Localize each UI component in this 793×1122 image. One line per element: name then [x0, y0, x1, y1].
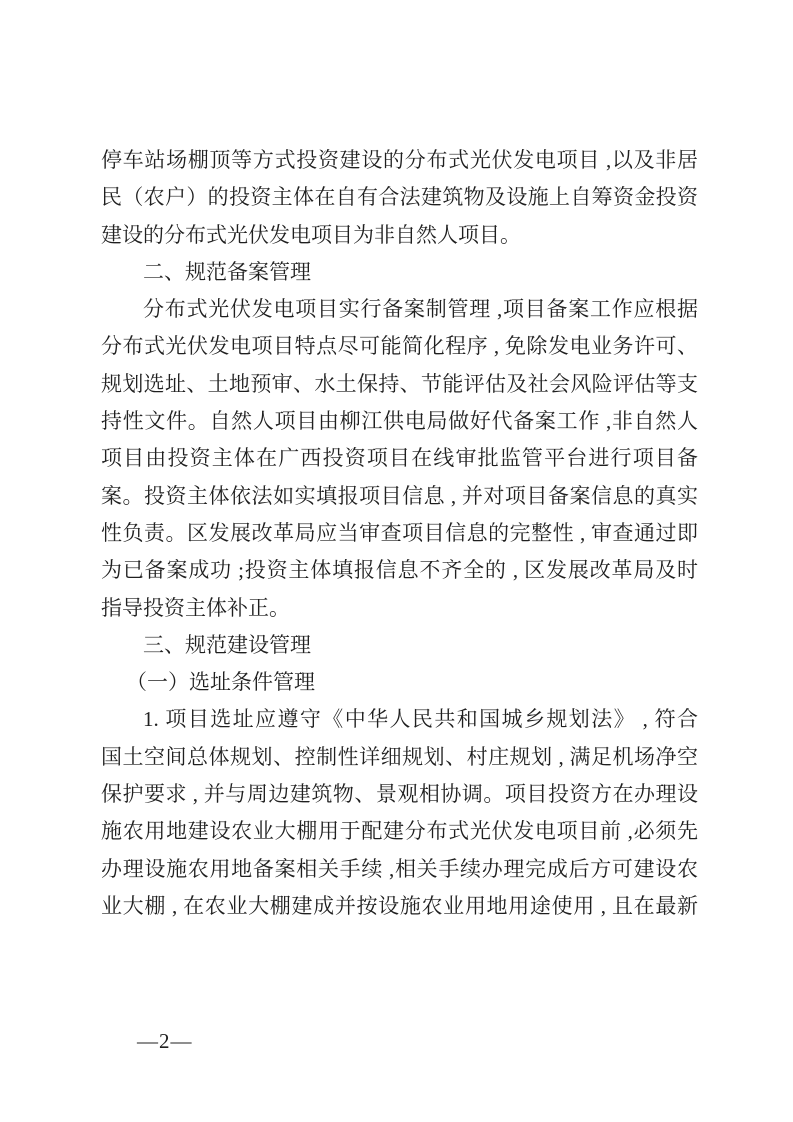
text-line: 1. 项目选址应遵守《中华人民共和国城乡规划法》 , 符合: [101, 701, 698, 738]
text-line: 国土空间总体规划、控制性详细规划、村庄规划 , 满足机场净空: [101, 739, 698, 776]
page-number: —2—: [137, 1029, 193, 1053]
text-line: 办理设施农用地备案相关手续 ,相关手续办理完成后方可建设农: [101, 851, 698, 888]
text-line: 停车站场棚顶等方式投资建设的分布式光伏发电项目 ,以及非居: [101, 142, 698, 179]
text-line: （一）选址条件管理: [101, 664, 698, 701]
text-line: 持性文件。自然人项目由柳江供电局做好代备案工作 ,非自然人: [101, 403, 698, 440]
text-line: 性负责。区发展改革局应当审查项目信息的完整性 , 审查通过即: [101, 515, 698, 552]
text-line: 分布式光伏发电项目特点尽可能简化程序 , 免除发电业务许可、: [101, 328, 698, 365]
text-line: 业大棚 , 在农业大棚建成并按设施农业用地用途使用 , 且在最新: [101, 888, 698, 925]
text-line: 分布式光伏发电项目实行备案制管理 ,项目备案工作应根据: [101, 291, 698, 328]
text-line: 规划选址、土地预审、水土保持、节能评估及社会风险评估等支: [101, 366, 698, 403]
text-line: 建设的分布式光伏发电项目为非自然人项目。: [101, 217, 698, 254]
text-line: 民（农户）的投资主体在自有合法建筑物及设施上自筹资金投资: [101, 179, 698, 216]
text-line: 指导投资主体补正。: [101, 590, 698, 627]
text-line: 为已备案成功 ;投资主体填报信息不齐全的 , 区发展改革局及时: [101, 552, 698, 589]
text-line: 三、规范建设管理: [101, 627, 698, 664]
text-line: 施农用地建设农业大棚用于配建分布式光伏发电项目前 ,必须先: [101, 813, 698, 850]
text-line: 保护要求 , 并与周边建筑物、景观相协调。项目投资方在办理设: [101, 776, 698, 813]
text-line: 案。投资主体依法如实填报项目信息 , 并对项目备案信息的真实: [101, 478, 698, 515]
text-line: 二、规范备案管理: [101, 254, 698, 291]
document-page: 停车站场棚顶等方式投资建设的分布式光伏发电项目 ,以及非居民（农户）的投资主体在…: [0, 0, 793, 1122]
text-line: 项目由投资主体在广西投资项目在线审批监管平台进行项目备: [101, 440, 698, 477]
document-body: 停车站场棚顶等方式投资建设的分布式光伏发电项目 ,以及非居民（农户）的投资主体在…: [101, 142, 698, 925]
